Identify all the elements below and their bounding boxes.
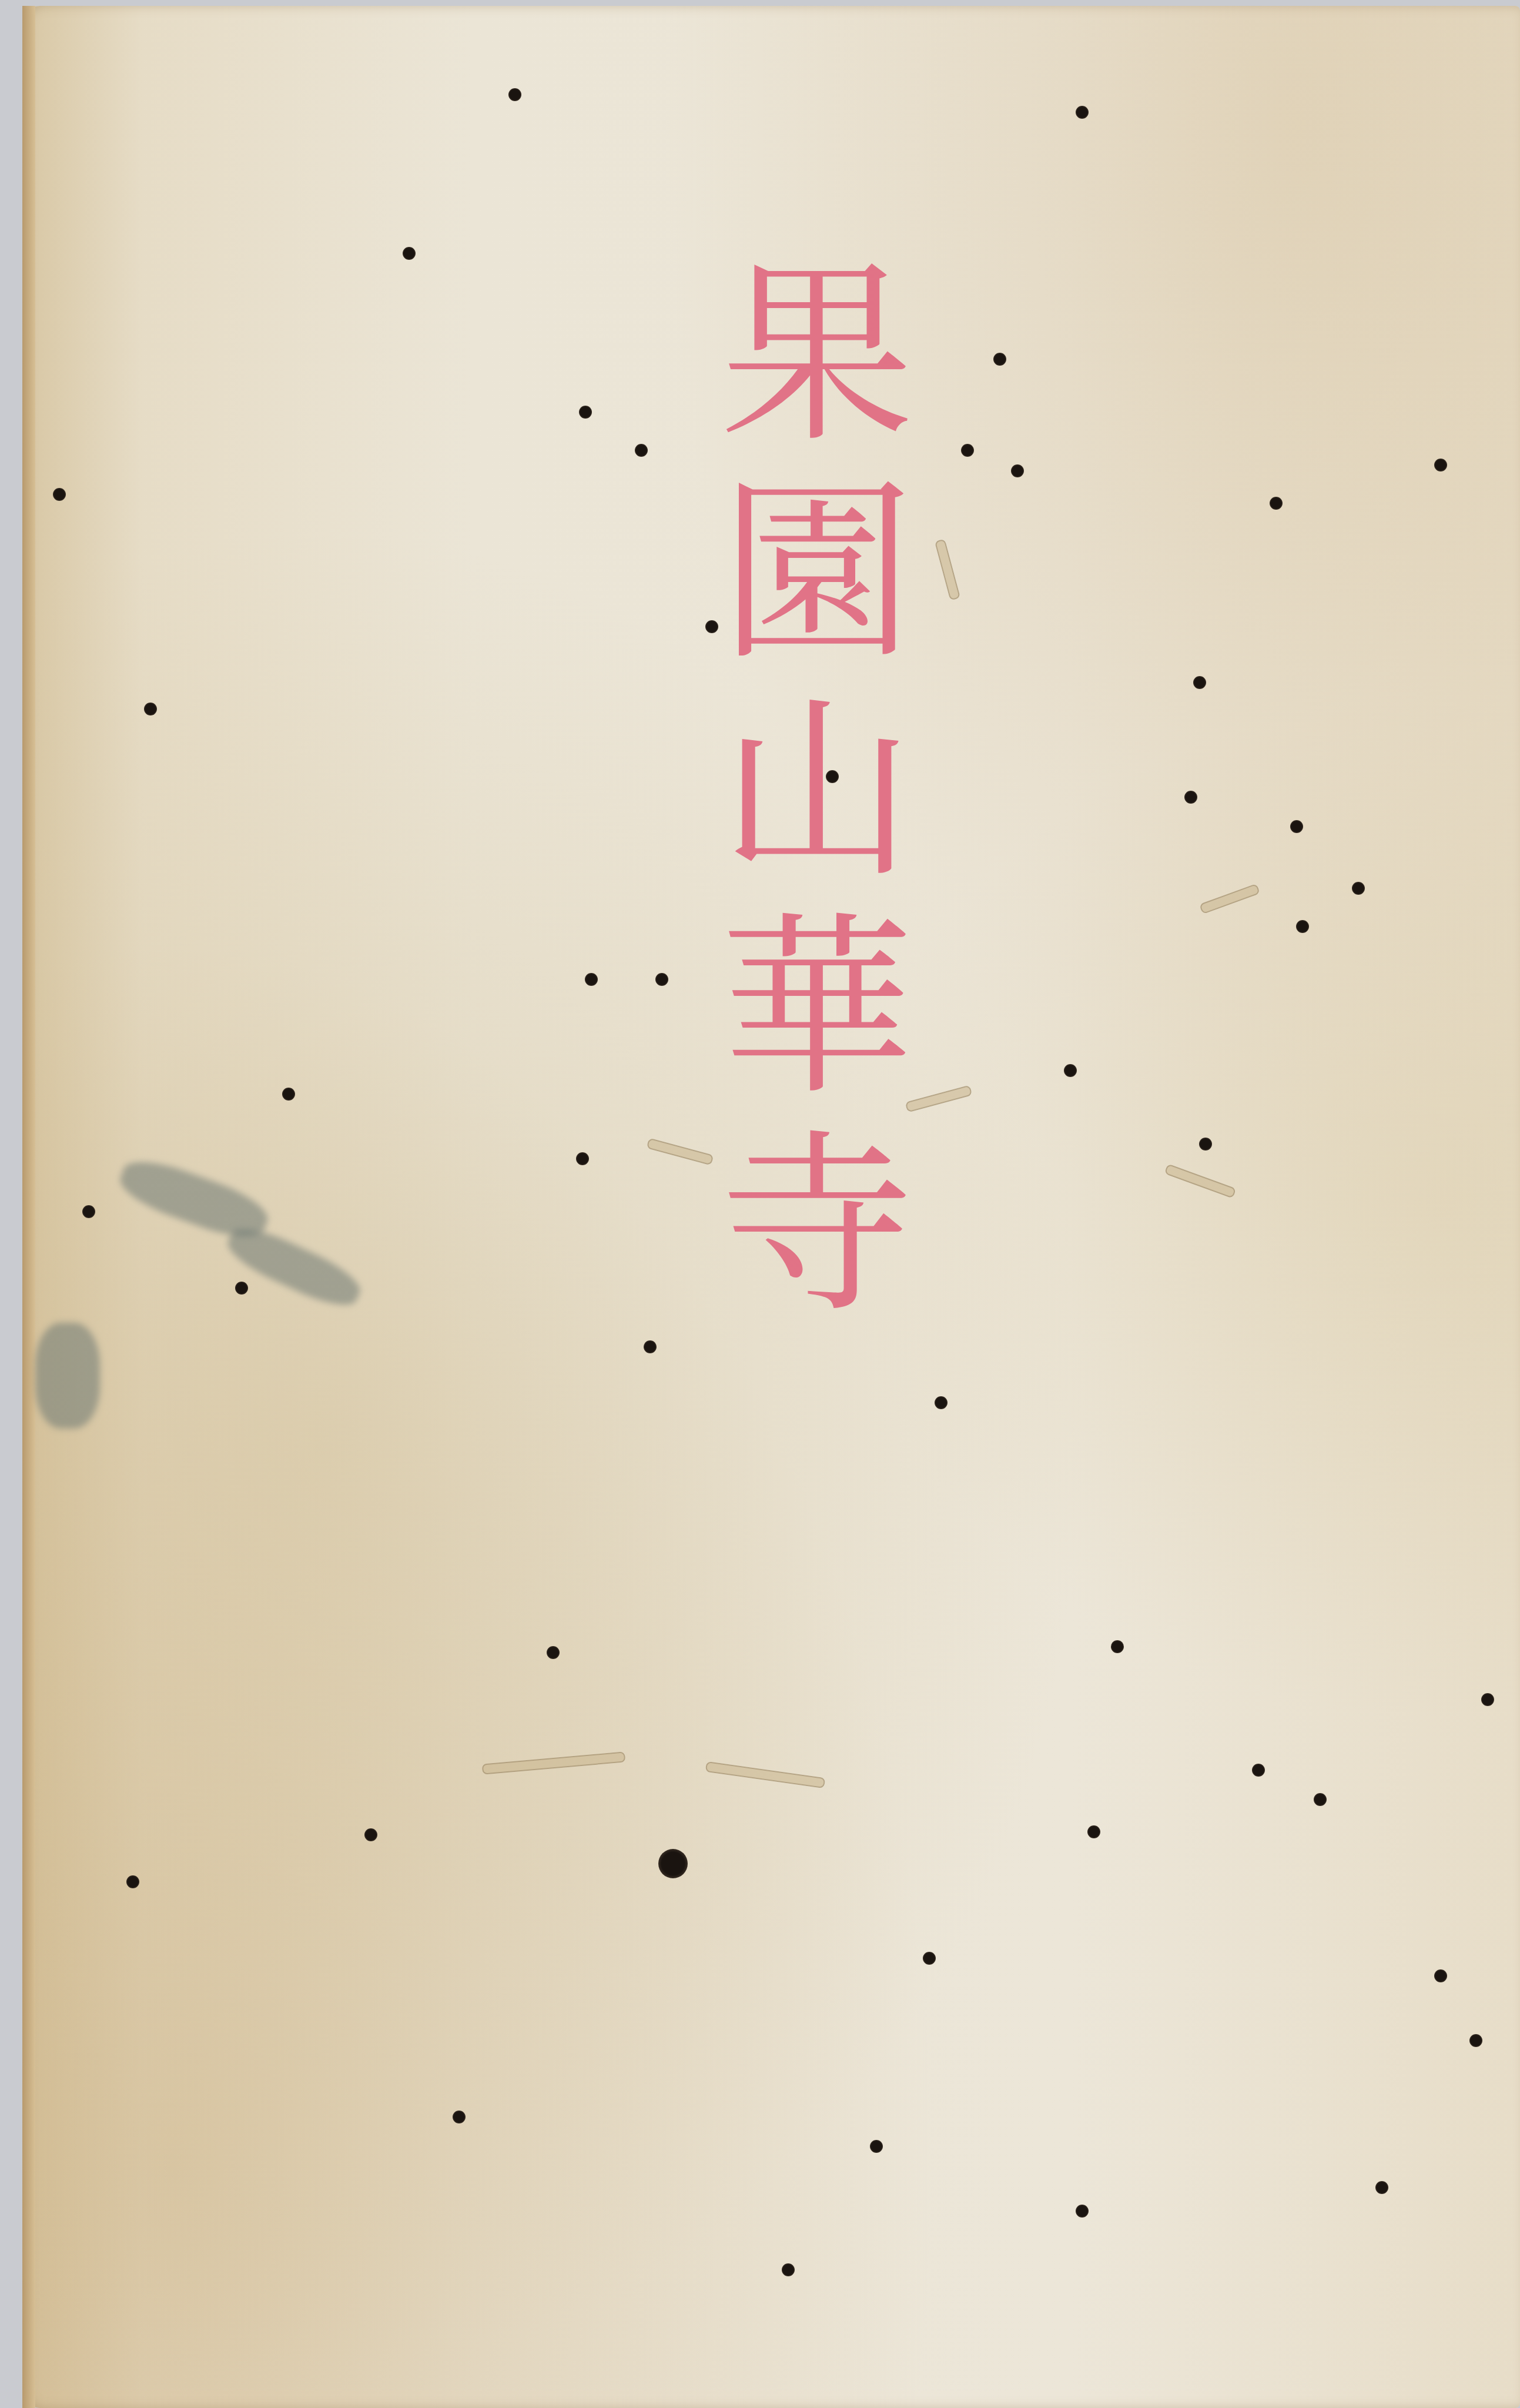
worm-hole (1469, 2034, 1482, 2047)
spine-edge (22, 6, 35, 2408)
worm-hole (870, 2140, 883, 2153)
worm-hole (144, 703, 157, 715)
worm-hole (993, 353, 1006, 366)
worm-hole (1087, 1825, 1100, 1838)
title-char: 寺 (720, 1129, 914, 1323)
worm-hole (1076, 106, 1089, 119)
worm-hole (782, 2263, 795, 2276)
worm-hole (935, 1396, 948, 1409)
worm-hole (453, 2111, 466, 2123)
worm-hole (961, 444, 974, 457)
worm-hole (1352, 882, 1365, 895)
worm-hole (1184, 791, 1197, 804)
worm-hole (126, 1875, 139, 1888)
title-char: 山 (720, 694, 914, 888)
worm-hole (1193, 676, 1206, 689)
worm-hole (658, 1849, 688, 1878)
worm-hole (579, 406, 592, 419)
worm-hole (1314, 1793, 1327, 1806)
worm-hole (403, 247, 416, 260)
stain (35, 1323, 100, 1429)
worm-hole (1199, 1138, 1212, 1151)
title-char: 華 (720, 911, 914, 1105)
worm-hole (364, 1828, 377, 1841)
worm-hole (655, 973, 668, 986)
worm-hole (1270, 497, 1283, 510)
worm-hole (635, 444, 648, 457)
worm-hole (923, 1952, 936, 1965)
worm-hole (1111, 1640, 1124, 1653)
worm-hole (53, 488, 66, 501)
worm-hole (1011, 464, 1024, 477)
worm-hole (547, 1646, 560, 1659)
worm-hole (644, 1340, 657, 1353)
worm-hole (1434, 459, 1447, 471)
worm-hole (1481, 1693, 1494, 1706)
title-char: 果 (720, 259, 914, 453)
title-char: 園 (720, 476, 914, 670)
worm-hole (1076, 2205, 1089, 2218)
worm-hole (1290, 820, 1303, 833)
worm-hole (1434, 1969, 1447, 1982)
worm-hole (1064, 1064, 1077, 1077)
worm-hole (576, 1152, 589, 1165)
worm-hole (585, 973, 598, 986)
worm-hole (82, 1205, 95, 1218)
worm-hole (1375, 2181, 1388, 2194)
worm-hole (235, 1282, 248, 1295)
handwritten-title: 果 園 山 華 寺 (694, 259, 940, 1346)
worm-hole (508, 88, 521, 101)
worm-hole (1252, 1764, 1265, 1777)
worm-hole (1296, 920, 1309, 933)
worm-hole (282, 1088, 295, 1101)
